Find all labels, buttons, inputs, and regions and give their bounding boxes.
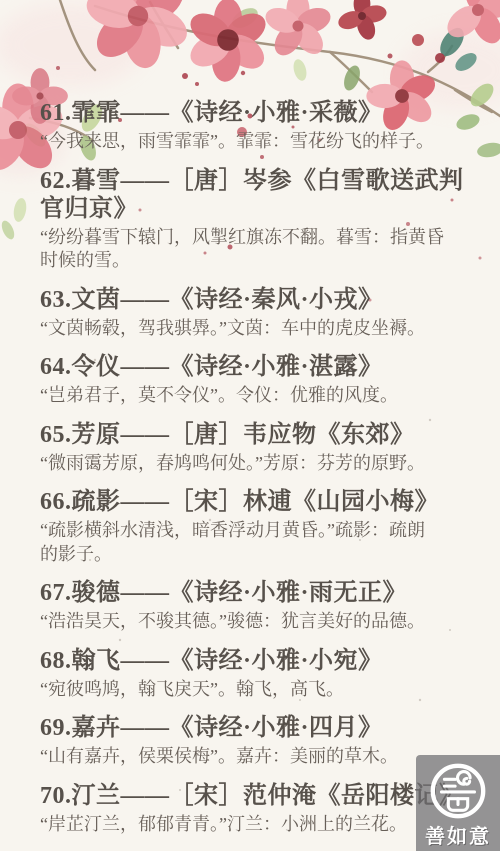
entry-62: 62.暮雪——［唐］岑参《白雪歌送武判 官归京》 “纷纷暮雪下辕门，风掣红旗冻不… bbox=[40, 167, 492, 273]
entry-61: 61.霏霏——《诗经·小雅·采薇》 “今我来思，雨雪霏霏”。霏霏：雪花纷飞的样子… bbox=[40, 99, 492, 154]
entry-67: 67.骏德——《诗经·小雅·雨无正》 “浩浩昊天，不骏其德。”骏德：犹言美好的品… bbox=[40, 579, 492, 634]
watermark: 善如意 bbox=[416, 755, 500, 851]
entry-heading: 69.嘉卉——《诗经·小雅·四月》 bbox=[40, 714, 492, 742]
entry-note: “浩浩昊天，不骏其德。”骏德：犹言美好的品德。 bbox=[40, 610, 492, 634]
entry-heading: 67.骏德——《诗经·小雅·雨无正》 bbox=[40, 579, 492, 607]
entry-heading: 65.芳原——［唐］韦应物《东郊》 bbox=[40, 421, 492, 449]
entry-note: “岂弟君子，莫不令仪”。令仪：优雅的风度。 bbox=[40, 384, 492, 408]
entry-note: “疏影横斜水清浅，暗香浮动月黄昏。”疏影：疏朗 的影子。 bbox=[40, 519, 492, 566]
entry-heading: 62.暮雪——［唐］岑参《白雪歌送武判 官归京》 bbox=[40, 167, 492, 223]
entry-note: “微雨霭芳原，春鸠鸣何处。”芳原：芬芳的原野。 bbox=[40, 452, 492, 476]
shan-seal-icon bbox=[427, 758, 489, 822]
poem-name-list: 61.霏霏——《诗经·小雅·采薇》 “今我来思，雨雪霏霏”。霏霏：雪花纷飞的样子… bbox=[40, 99, 492, 849]
entry-note: “纷纷暮雪下辕门，风掣红旗冻不翻。暮雪：指黄昏 时候的雪。 bbox=[40, 226, 492, 273]
entry-note: “今我来思，雨雪霏霏”。霏霏：雪花纷飞的样子。 bbox=[40, 130, 492, 154]
entry-68: 68.翰飞——《诗经·小雅·小宛》 “宛彼鸣鸠，翰飞戾天”。翰飞，高飞。 bbox=[40, 647, 492, 702]
entry-66: 66.疏影——［宋］林逋《山园小梅》 “疏影横斜水清浅，暗香浮动月黄昏。”疏影：… bbox=[40, 488, 492, 566]
entry-63: 63.文茵——《诗经·秦风·小戎》 “文茵畅毂，驾我骐馵。”文茵：车中的虎皮坐褥… bbox=[40, 286, 492, 341]
watermark-text: 善如意 bbox=[425, 820, 491, 849]
entry-64: 64.令仪——《诗经·小雅·湛露》 “岂弟君子，莫不令仪”。令仪：优雅的风度。 bbox=[40, 353, 492, 408]
entry-65: 65.芳原——［唐］韦应物《东郊》 “微雨霭芳原，春鸠鸣何处。”芳原：芬芳的原野… bbox=[40, 421, 492, 476]
entry-heading: 61.霏霏——《诗经·小雅·采薇》 bbox=[40, 99, 492, 127]
entry-note: “文茵畅毂，驾我骐馵。”文茵：车中的虎皮坐褥。 bbox=[40, 317, 492, 341]
entry-heading: 68.翰飞——《诗经·小雅·小宛》 bbox=[40, 647, 492, 675]
entry-heading: 63.文茵——《诗经·秦风·小戎》 bbox=[40, 286, 492, 314]
entry-heading: 64.令仪——《诗经·小雅·湛露》 bbox=[40, 353, 492, 381]
entry-heading: 66.疏影——［宋］林逋《山园小梅》 bbox=[40, 488, 492, 516]
page: 61.霏霏——《诗经·小雅·采薇》 “今我来思，雨雪霏霏”。霏霏：雪花纷飞的样子… bbox=[0, 0, 500, 851]
entry-note: “宛彼鸣鸠，翰飞戾天”。翰飞，高飞。 bbox=[40, 678, 492, 702]
